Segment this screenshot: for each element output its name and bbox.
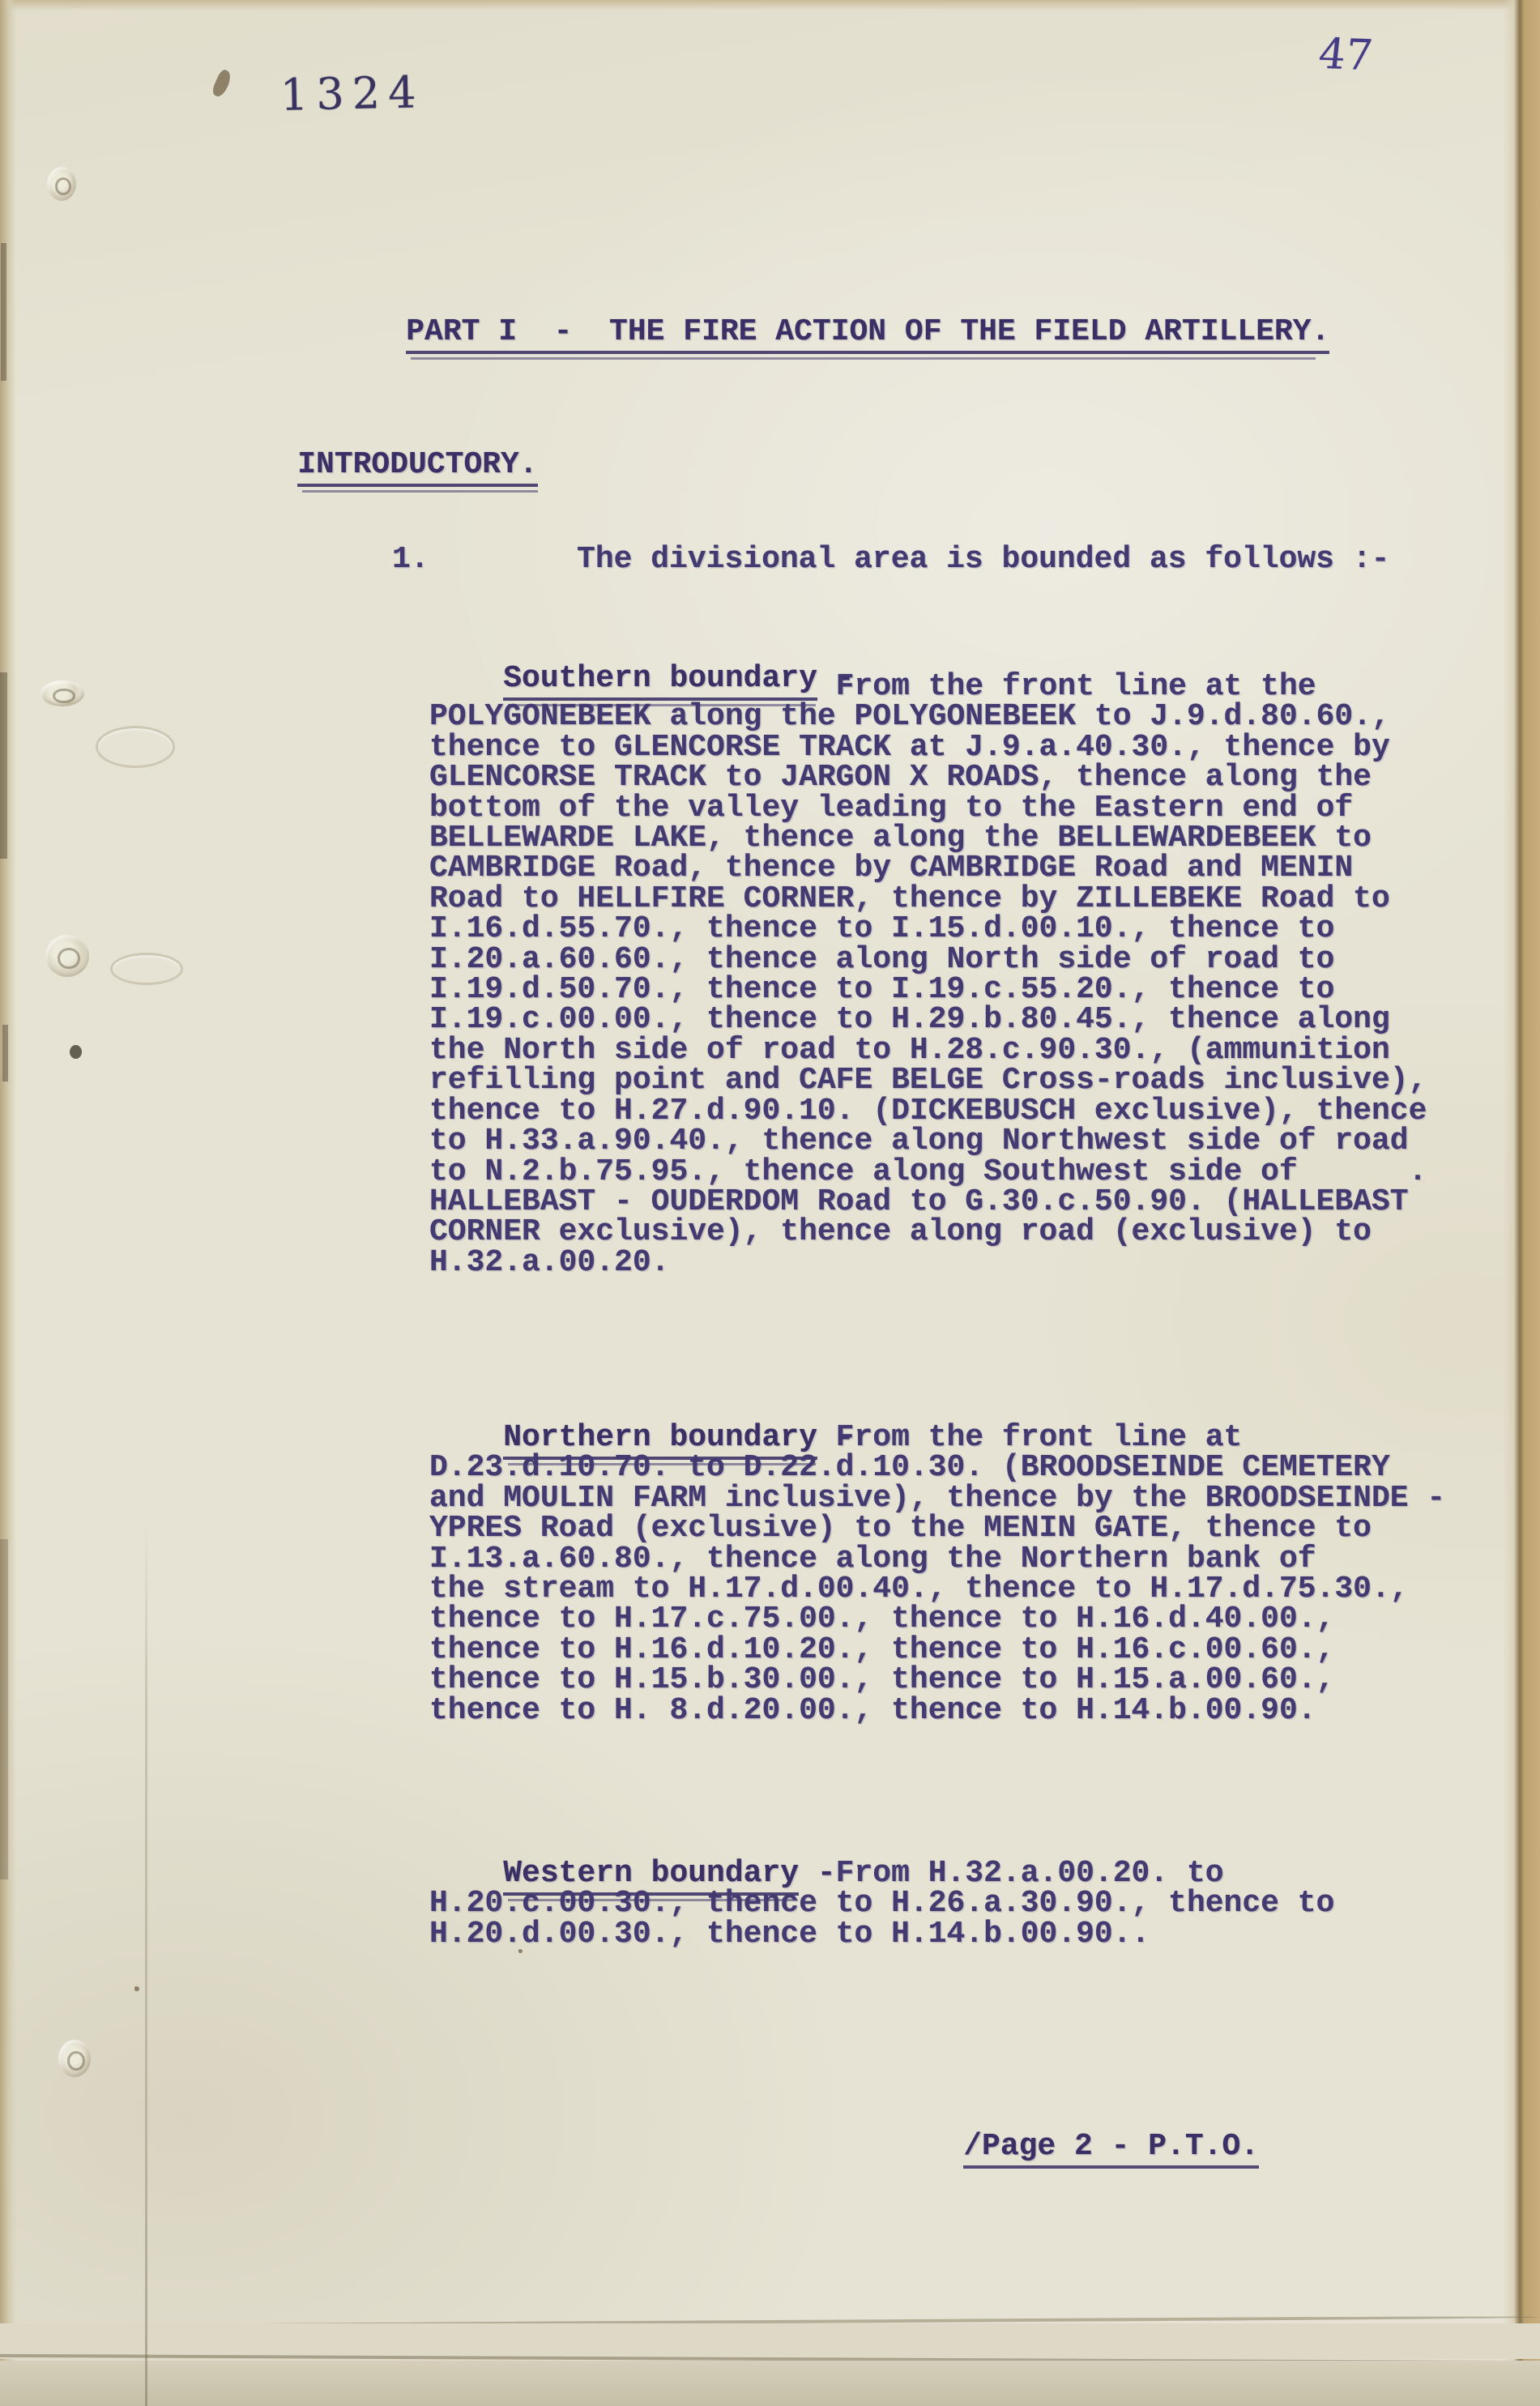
paper-indent-ring: [96, 726, 175, 768]
handwritten-page-number: 47: [1316, 30, 1375, 80]
paper-speck: [134, 1986, 139, 1991]
paper-top-edge: [0, 0, 1540, 11]
western-boundary-paragraph: From H.32.a.00.20. to H.20.c.00.30., the…: [429, 1858, 1334, 1949]
paper-crease: [145, 1523, 147, 2406]
southern-boundary-paragraph: From the front line at the POLYGONEBEEK …: [429, 672, 1427, 1278]
document-title: PART I - THE FIRE ACTION OF THE FIELD AR…: [332, 287, 1329, 378]
paper-edge-mark: [0, 1539, 8, 1879]
northern-boundary-paragraph: From the front line at D.23.d.10.70. to …: [429, 1423, 1445, 1726]
punch-hole: [47, 167, 76, 201]
introductory-heading-text: INTRODUCTORY.: [297, 447, 537, 493]
page-turn-note-text: /Page 2 - P.T.O.: [963, 2129, 1259, 2169]
serial-number-stamp: 1324: [279, 66, 424, 121]
paper-edge-mark: [2, 1025, 8, 1081]
underlying-sheet: [0, 2323, 1540, 2359]
paper-speck: [211, 68, 233, 99]
paper-edge-mark: [1, 243, 6, 381]
document-page: 1324 47 PART I - THE FIRE ACTION OF THE …: [0, 0, 1540, 2406]
underlying-sheet: [0, 2361, 1540, 2406]
item-1-line: 1. The divisional area is bounded as fol…: [392, 544, 1389, 574]
ink-spot: [70, 1045, 82, 1059]
paper-right-edge: [1503, 0, 1540, 2406]
paper-edge-mark: [0, 672, 7, 859]
punch-hole: [45, 935, 89, 977]
document-title-text: PART I - THE FIRE ACTION OF THE FIELD AR…: [406, 314, 1329, 360]
punch-hole: [41, 680, 84, 706]
punch-hole: [58, 2040, 91, 2077]
page-turn-note: /Page 2 - P.T.O.: [889, 2101, 1259, 2192]
introductory-heading: INTRODUCTORY.: [224, 420, 538, 510]
paper-indent-ring: [110, 953, 183, 985]
